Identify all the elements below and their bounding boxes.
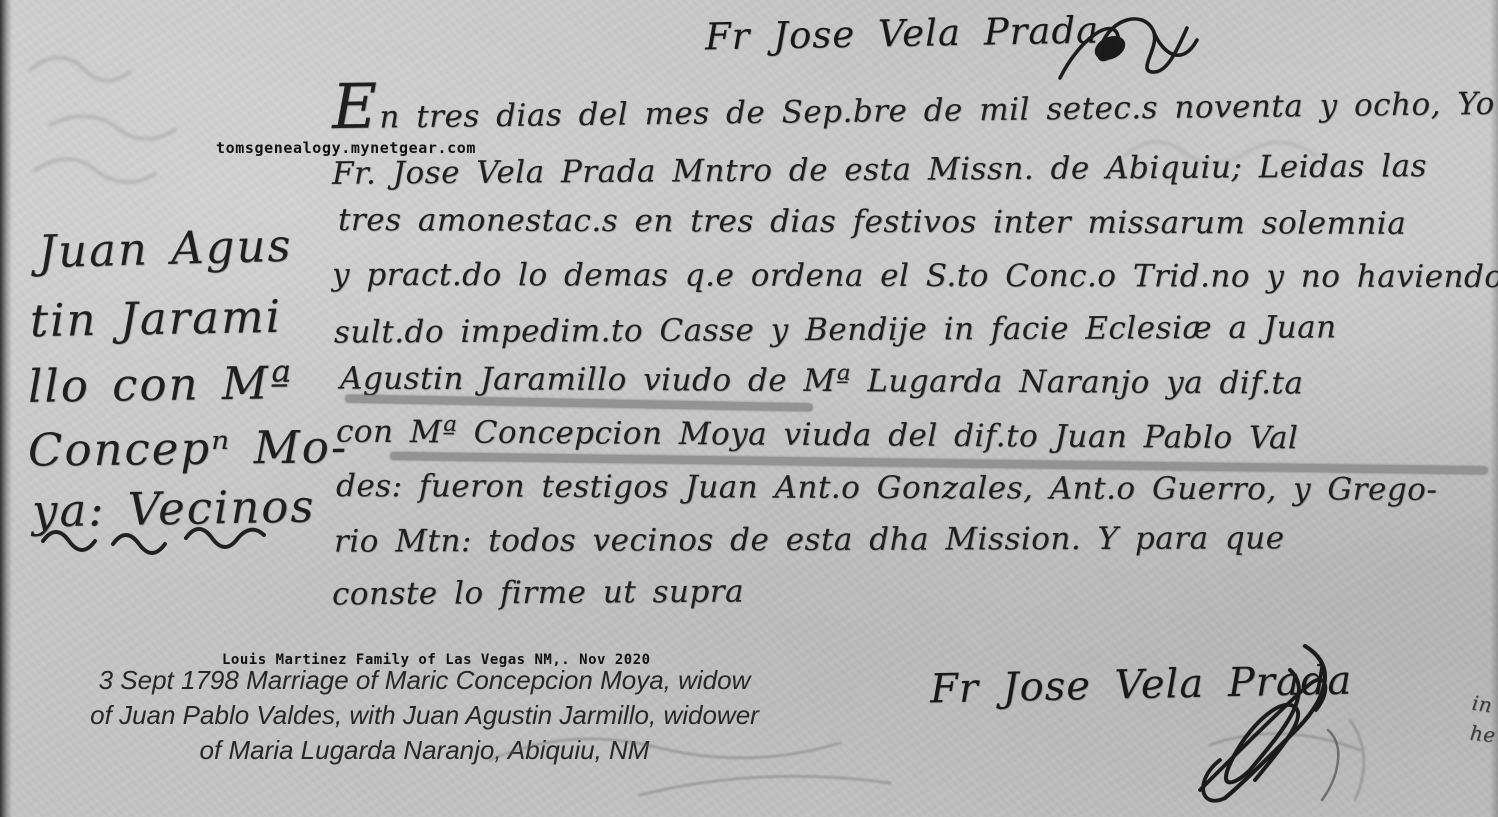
pencil-marks: [480, 690, 980, 810]
margin-note-line-2: tin Jarami: [30, 290, 283, 347]
record-line-7: con Mª Concepcion Moya viuda del dif.to …: [336, 414, 1299, 457]
record-line-2: Fr. Jose Vela Prada Mntro de esta Missn.…: [332, 148, 1427, 192]
record-line-8: des: fueron testigos Juan Ant.o Gonzales…: [336, 468, 1437, 508]
record-line-4: y pract.do lo demas q.e ordena el S.to C…: [332, 257, 1498, 295]
record-line-5: sult.do impedim.to Casse y Bendije in fa…: [334, 309, 1337, 350]
margin-flourish-icon: [38, 515, 328, 560]
record-line-3: tres amonestac.s en tres dias festivos i…: [338, 202, 1406, 242]
page-left-edge-shadow: [0, 0, 12, 817]
right-edge-fragment-2: he: [1469, 721, 1497, 748]
header-signature: Fr Jose Vela Prada: [705, 9, 1100, 59]
record-line-10: conste lo firme ut supra: [332, 574, 744, 613]
footer-signature-rubric-icon: [1140, 638, 1350, 813]
margin-note-line-1: Juan Agus: [37, 219, 293, 279]
scanned-marriage-record-page: Fr Jose Vela Prada tomsgenealogy.mynetge…: [0, 0, 1498, 817]
right-edge-fragment-1: in: [1470, 691, 1493, 718]
margin-note-line-4: Concepⁿ Mo-: [28, 420, 349, 476]
record-line-6: Agustin Jaramillo viudo de Mª Lugarda Na…: [340, 360, 1304, 401]
record-line-9: rio Mtn: todos vecinos de esta dha Missi…: [334, 520, 1285, 559]
margin-note-line-3: llo con Mª: [28, 356, 294, 413]
bleedthrough-marks: [20, 30, 320, 200]
